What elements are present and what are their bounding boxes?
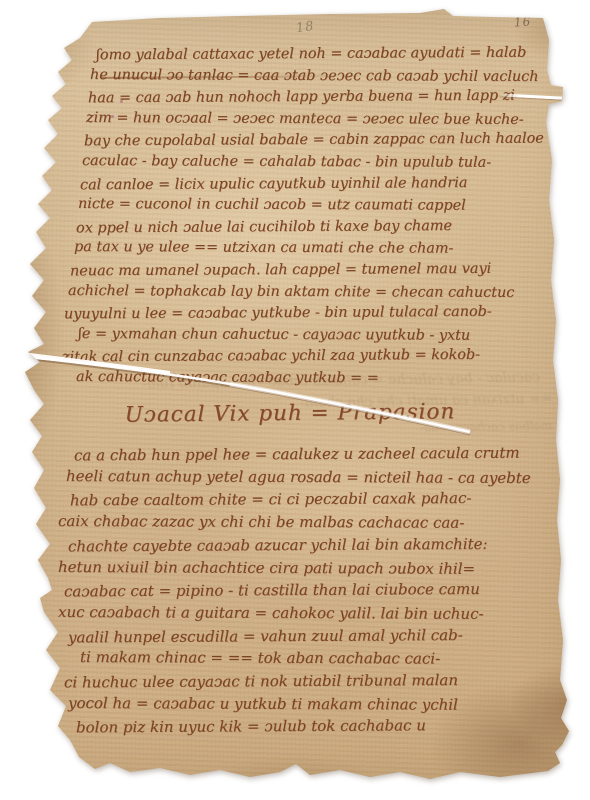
manuscript-line: zim = hun ocɔaal = ɔeɔec manteca = ɔeɔec… [86,108,532,132]
paper-shadow: 18 16 ʃomo yalabal cattaxac yetel noh = … [0,0,590,800]
section-heading: Uɔacal Vix puh = Prapasion [120,399,460,428]
folio-number-right: 16 [514,14,532,29]
manuscript-line: caix chabac zazac yx chi chi be malbas c… [58,510,534,535]
pigment-speck [111,115,114,118]
manuscript-line: ca a chab hun ppel hee = caalukez u zach… [74,442,534,468]
manuscript-line: achichel = tophakcab lay bin aktam chite… [68,281,532,305]
manuscript-line: xuc caɔabach ti a guitara = cahokoc yali… [58,601,534,626]
manuscript-line: hetun uxiuil bin achachtice cira pati up… [58,555,534,580]
manuscript-line: ʃomo yalabal cattaxac yetel noh = caɔaba… [96,43,532,67]
folio-number-center: 18 [295,19,315,36]
manuscript-line: ox ppel u nich ɔalue lai cucihilob ti ka… [76,215,532,239]
manuscript-line: nicte = cuconol in cuchil ɔacob = utz ca… [78,194,532,218]
manuscript-page: 18 16 ʃomo yalabal cattaxac yetel noh = … [0,0,590,800]
manuscript-line: uyuyulni u lee = caɔabac yutkube - bin u… [64,302,532,326]
paper-hole [36,170,41,174]
manuscript-line: zitak cal cin cunzabac caɔabac ychil zaa… [62,345,532,369]
paper-hole [30,527,34,531]
manuscript-line: heeli catun achup yetel agua rosada = ni… [66,465,534,490]
manuscript-line: ti makam chinac = == tok aban cachabac c… [80,646,534,671]
text-block-1: ʃomo yalabal cattaxac yetel noh = caɔaba… [62,44,532,390]
manuscript-line: caculac - bay caluche = cahalab tabac - … [82,151,532,175]
manuscript-line: caɔabac cat = pipino - ti castilla than … [64,578,534,604]
manuscript-line: cal canloe = licix upulic cayutkub uyinh… [80,172,532,196]
pigment-speck [120,100,123,103]
manuscript-line: chachte cayebte caaɔab azucar ychil lai … [68,532,534,558]
manuscript-line: neuac ma umanel ɔupach. lah cappel = tum… [70,259,532,283]
manuscript-line: pa tax u ye ulee == utzixan ca umati che… [74,237,532,261]
manuscript-scan: 18 16 ʃomo yalabal cattaxac yetel noh = … [0,0,590,800]
manuscript-line: haa = caa ɔab hun nohoch lapp yerba buen… [88,86,532,110]
manuscript-line: yaalil hunpel escudilla = vahun zuul ama… [68,623,534,649]
manuscript-line: bolon piz kin uyuc kik = ɔulub tok cacha… [76,714,534,740]
text-block-2: ca a chab hun ppel hee = caalukez u zach… [58,443,534,738]
manuscript-line: hab cabe caaltom chite = ci ci peczabil … [70,487,534,513]
manuscript-line: yocol ha = caɔabac u yutkub ti makam chi… [68,692,534,717]
manuscript-line: ci huchuc ulee cayaɔac ti nok utiabil tr… [64,669,534,695]
manuscript-line: bay che cupolabal usial babale = cabin z… [84,129,532,153]
manuscript-line: ʃe = yxmahan chun cahuctuc - cayaɔac uyu… [78,324,532,348]
